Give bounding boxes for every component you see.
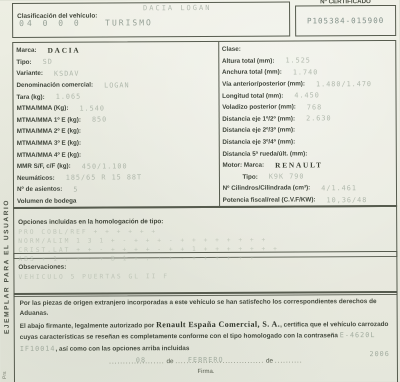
field-label: Altura total (mm): [222, 57, 275, 64]
company-name: Renault España Comercial, S. A. [156, 319, 280, 329]
field-label: Denominación comercial: [16, 82, 93, 89]
field-value: LOGAN [104, 81, 130, 89]
field-value: DACIA [48, 46, 81, 55]
classification-value: TURISMO [105, 18, 153, 27]
field-row: Nº Cilindros/Cilindrada (cm³):4/1.461 [223, 182, 393, 194]
field-value: SD [43, 58, 53, 66]
right-column: Clase:Altura total (mm):1.525Anchura tot… [219, 41, 396, 207]
signature-label: Firma. [20, 367, 392, 379]
field-value: 2.630 [306, 115, 332, 123]
field-label: MTMA/MMA 1º E (kg): [17, 116, 81, 123]
field-value: 768 [307, 103, 322, 111]
field-value: 5 [73, 186, 78, 194]
classification-box: Clasificación del vehículo: DACIA LOGAN … [12, 2, 290, 38]
certificate-area: Nº CERTIFICADO P105384-015900 [295, 0, 396, 36]
field-label: Motor: Marca: [222, 162, 264, 169]
field-label: Anchura total (mm): [222, 69, 282, 76]
observations-box: Observaciones: VEHICULO 5 PUERTAS GL II … [13, 251, 397, 297]
field-row: MTMA/MMA (Kg):1.540 [17, 102, 216, 115]
date-de: de [166, 358, 173, 365]
field-label: MTMA/MMA 2º E (kg): [17, 128, 81, 135]
observations-stamp: VEHICULO 5 PUERTAS GL II F [18, 272, 392, 283]
field-row: MTMA/MMA 1º E (kg):850 [17, 113, 216, 126]
field-label: Tipo: [16, 59, 31, 66]
field-row: Anchura total (mm):1.740 [222, 66, 392, 78]
field-label: Volumen de bodega [17, 198, 76, 205]
field-label: MMR S/F, c/F (kg): [17, 163, 71, 170]
field-row: MTMA/MMA 2º E (kg): [17, 125, 216, 138]
field-row: Voladizo posterior (mm):768 [222, 101, 392, 113]
field-value: 4.450 [294, 92, 320, 100]
field-row: MMR S/F, c/F (kg):450/1.100 [17, 160, 216, 173]
field-label: Nº de asientos: [17, 186, 62, 193]
date-year-stamp: 2006 [369, 349, 389, 360]
field-label: Clase: [222, 46, 241, 53]
field-row: MTMA/MMA 4º E (kg): [17, 148, 216, 161]
field-label: Neumáticos: [17, 175, 55, 182]
cert-text-1: El abajo firmante, legalmente autorizado… [20, 322, 155, 330]
field-value: 1.740 [293, 68, 319, 76]
date-day-stamp: 08 [136, 355, 146, 366]
header: Clasificación del vehículo: DACIA LOGAN … [12, 1, 396, 38]
customs-paragraph: Por las piezas de origen extranjero inco… [20, 297, 392, 319]
field-row: Denominación comercial:LOGAN [16, 79, 215, 92]
field-row: MTMA/MMA 3º E (kg): [17, 137, 216, 150]
field-value: K9K 790 [269, 173, 305, 181]
field-row: Tara (kg):1.065 [16, 90, 215, 103]
scanned-certificate-sheet: EJEMPLAR PARA EL USUARIO Prs Clasificaci… [0, 0, 400, 382]
field-label: Tara (kg): [16, 93, 44, 100]
date-line: .................... de ................… [20, 356, 392, 368]
date-month-stamp: FEBRERO [188, 355, 224, 366]
field-label: Vía anterior/posterior (mm): [222, 81, 305, 88]
certification-paragraph: El abajo firmante, legalmente autorizado… [20, 317, 392, 354]
footer-declaration: Por las piezas de origen extranjero inco… [14, 291, 398, 382]
field-row: Altura total (mm):1.525 [222, 55, 392, 67]
date-dots: .......... [275, 357, 303, 364]
field-value: 1.480/1.470 [316, 80, 372, 88]
field-label: MTMA/MMA 3º E (kg): [17, 140, 81, 147]
field-label: Nº Cilindros/Cilindrada (cm³): [223, 185, 311, 192]
field-row: Distancia eje 3º/4º (mm): [222, 136, 392, 148]
field-value: KSDAV [54, 70, 80, 78]
field-row: Marca:DACIA [16, 44, 215, 57]
field-row: Distancia 5ª rueda/últ. (mm): [222, 147, 392, 159]
field-row: Nº de asientos:5 [17, 183, 216, 196]
field-label: Distancia eje 1º/2º (mm): [222, 115, 295, 122]
field-row: Variante:KSDAV [16, 67, 215, 80]
field-value: 10,36/48 [327, 196, 368, 204]
side-copy-label: EJEMPLAR PARA EL USUARIO [3, 199, 11, 334]
field-label: MTMA/MMA 4º E (kg): [17, 151, 81, 158]
field-row: Tipo:K9K 790 [223, 171, 393, 183]
field-value: 850 [92, 116, 107, 124]
observations-label: Observaciones: [18, 264, 66, 271]
field-row: Neumáticos:185/65 R 15 88T [17, 171, 216, 184]
field-row: Vía anterior/posterior (mm):1.480/1.470 [222, 78, 392, 90]
field-row: Longitud total (mm):4.450 [222, 89, 392, 101]
vehicle-data-table: Marca:DACIATipo:SDVariante:KSDAVDenomina… [12, 40, 397, 209]
field-value: 185/65 R 15 88T [66, 174, 142, 182]
field-label: Distancia eje 2º/3º (mm): [222, 127, 295, 134]
field-label: Variante: [16, 70, 43, 77]
field-label: Longitud total (mm): [222, 92, 283, 99]
side-form-code: Prs [2, 372, 8, 380]
classification-code: 04 0 0 0 [19, 19, 82, 28]
classification-stamp: DACIA LOGAN [143, 4, 211, 12]
field-value: RENAULT [275, 161, 323, 170]
field-row: Distancia eje 2º/3º (mm): [222, 124, 392, 136]
date-de: de [266, 357, 273, 364]
field-row: Tipo:SD [16, 56, 215, 69]
field-value: 1.065 [56, 93, 82, 101]
field-label: Tipo: [223, 174, 258, 181]
field-row: Clase: [222, 43, 392, 55]
cert-text-3: , así como con las opciones arriba inclu… [55, 345, 189, 353]
field-row: Distancia eje 1º/2º (mm):2.630 [222, 113, 392, 125]
field-label: Distancia 5ª rueda/últ. (mm): [222, 150, 307, 157]
field-label: MTMA/MMA (Kg): [17, 105, 69, 112]
field-label: Voladizo posterior (mm): [222, 104, 296, 111]
field-value: 1.540 [79, 104, 105, 112]
field-row: Motor: Marca:RENAULT [222, 159, 392, 171]
field-value: 4/1.461 [321, 184, 357, 192]
field-label: Distancia eje 3º/4º (mm): [222, 139, 295, 146]
certificate-number: P105384-015900 [295, 5, 396, 37]
field-value: 450/1.100 [82, 162, 128, 170]
options-label: Opciones incluidas en la homologación de… [18, 218, 163, 226]
field-value: 1.525 [285, 57, 311, 65]
field-label: Potencia fiscal/real (C.V.F/KW): [223, 196, 316, 203]
left-column: Marca:DACIATipo:SDVariante:KSDAVDenomina… [13, 42, 219, 208]
field-label: Marca: [16, 47, 36, 54]
